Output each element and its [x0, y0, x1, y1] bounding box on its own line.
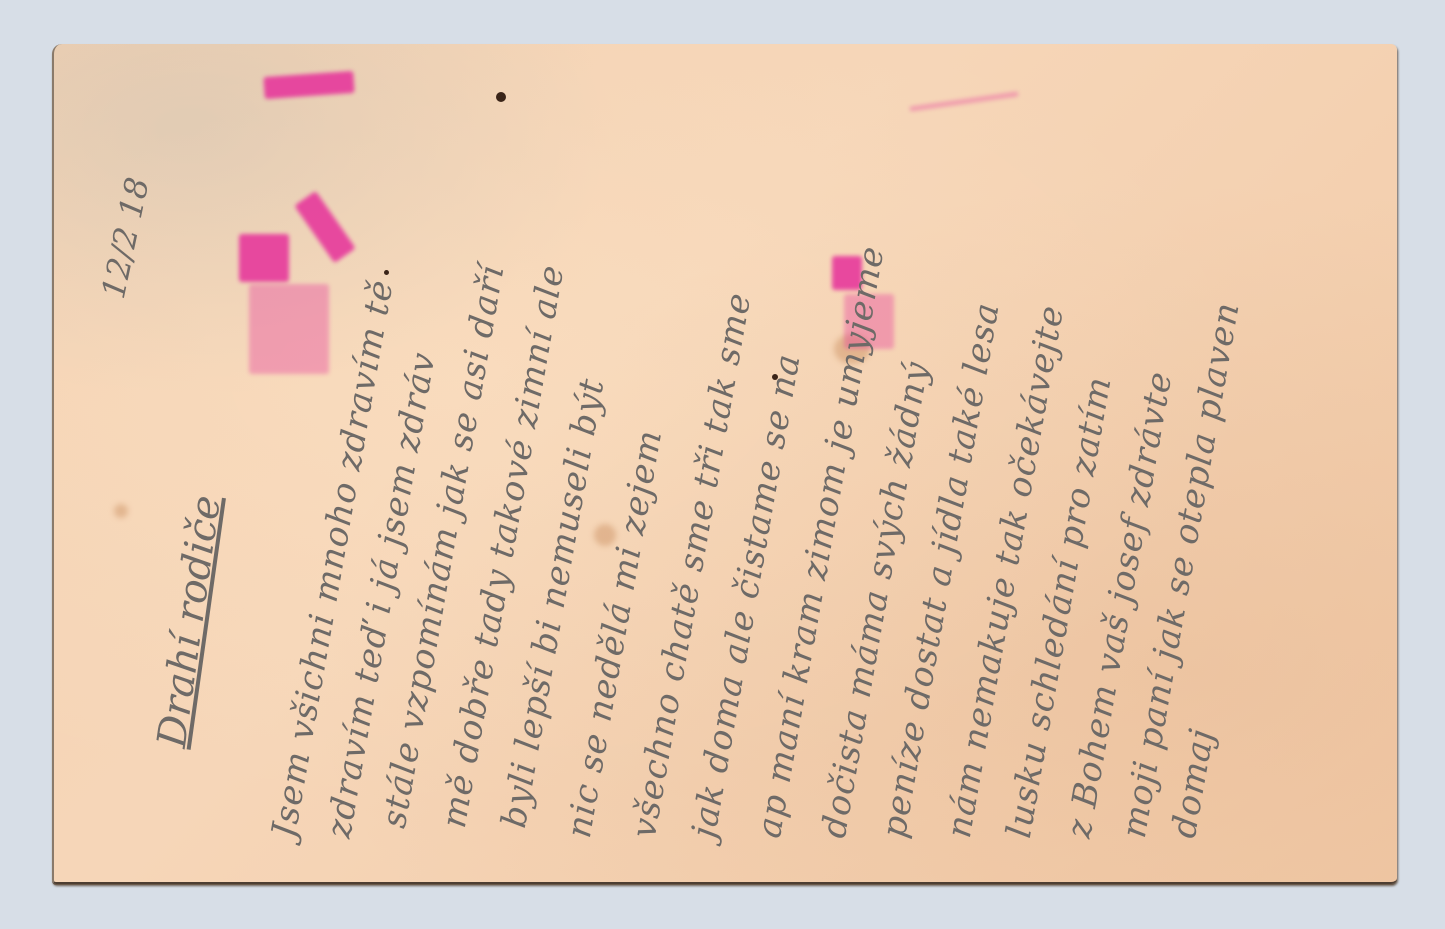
greeting-text: Drahí rodiče [149, 492, 230, 750]
stain [114, 504, 128, 518]
stamp-mark [294, 191, 355, 263]
stamp-mark [909, 91, 1019, 111]
stamp-mark [249, 284, 329, 374]
ink-spot [384, 270, 389, 275]
stamp-mark [239, 234, 289, 282]
stamp-mark [263, 71, 354, 99]
ink-spot [496, 92, 506, 102]
handwritten-line: domaj [1164, 725, 1223, 841]
date-text: 12/2 18 [94, 174, 157, 302]
postcard: 12/2 18 Drahí rodiče Jsem všichni mnoho … [52, 44, 1397, 884]
